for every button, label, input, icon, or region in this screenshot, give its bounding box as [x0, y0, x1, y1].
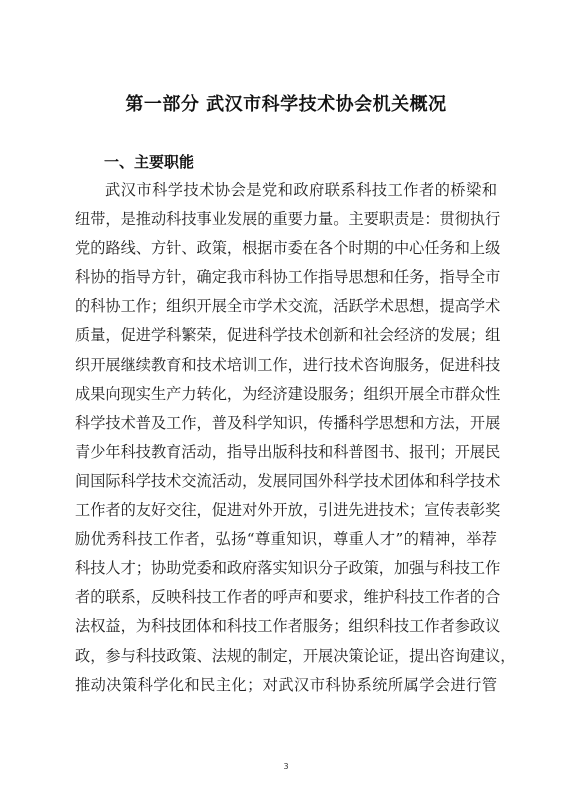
paragraph-line: 科学技术普及工作，普及科学知识，传播科学思想和方法，开展	[75, 409, 497, 438]
paragraph-line: 的科协工作；组织开展全市学术交流，活跃学术思想，提高学术	[75, 292, 497, 321]
paragraph-line: 党的路线、方针、政策，根据市委在各个时期的中心任务和上级	[75, 234, 497, 263]
paragraph-line: 织开展继续教育和技术培训工作，进行技术咨询服务，促进科技	[75, 351, 497, 380]
paragraph-line: 科技人才；协助党委和政府落实知识分子政策，加强与科技工作	[75, 554, 497, 583]
body-paragraph: 武汉市科学技术协会是党和政府联系科技工作者的桥梁和 纽带，是推动科技事业发展的重…	[75, 176, 497, 700]
paragraph-line: 励优秀科技工作者，弘扬“尊重知识，尊重人才”的精神，举荐	[75, 525, 497, 554]
paragraph-line: 武汉市科学技术协会是党和政府联系科技工作者的桥梁和	[75, 176, 497, 205]
paragraph-line: 者的联系，反映科技工作者的呼声和要求，维护科技工作者的合	[75, 583, 497, 612]
paragraph-line: 法权益，为科技团体和科技工作者服务；组织科技工作者参政议	[75, 612, 497, 641]
paragraph-line: 青少年科技教育活动，指导出版科技和科普图书、报刊；开展民	[75, 438, 497, 467]
paragraph-line: 间国际科学技术交流活动，发展同国外科学技术团体和科学技术	[75, 467, 497, 496]
section-heading: 一、主要职能	[104, 151, 194, 172]
paragraph-line: 成果向现实生产力转化，为经济建设服务；组织开展全市群众性	[75, 380, 497, 409]
page-title: 第一部分 武汉市科学技术协会机关概况	[0, 90, 572, 116]
paragraph-line: 纽带，是推动科技事业发展的重要力量。主要职责是：贯彻执行	[75, 205, 497, 234]
paragraph-line: 工作者的友好交往，促进对外开放，引进先进技术；宣传表彰奖	[75, 496, 497, 525]
paragraph-line: 推动决策科学化和民主化；对武汉市科协系统所属学会进行管	[75, 671, 497, 700]
paragraph-line: 质量，促进学科繁荣，促进科学技术创新和社会经济的发展；组	[75, 321, 497, 350]
paragraph-line: 科协的指导方针，确定我市科协工作指导思想和任务，指导全市	[75, 263, 497, 292]
page-number: 3	[0, 762, 572, 771]
paragraph-line: 政，参与科技政策、法规的制定，开展决策论证，提出咨询建议，	[75, 642, 497, 671]
